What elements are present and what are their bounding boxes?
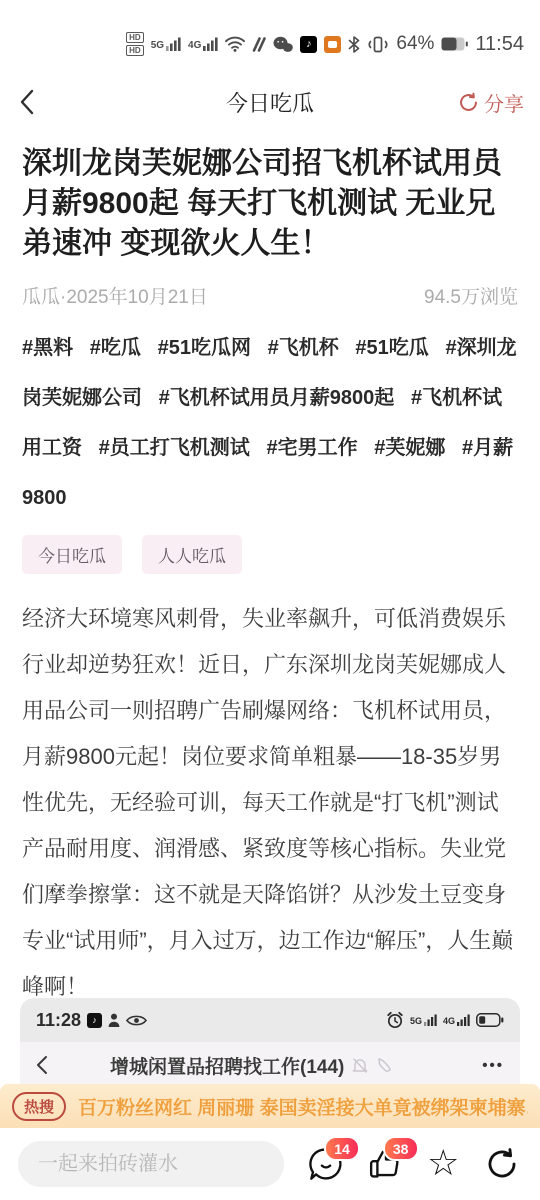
status-time: 11:54 — [475, 33, 524, 56]
hd-badges: HD HD — [126, 32, 144, 56]
article-meta: 瓜瓜·2025年10月21日 94.5万浏览 — [22, 282, 518, 309]
favorite-button[interactable]: ☆ — [423, 1142, 463, 1186]
orange-app-icon — [324, 36, 341, 53]
status-bar: HD HD 5G 4G ♪ 64% 11:54 — [0, 0, 540, 74]
phone-receiver-icon — [376, 1057, 392, 1073]
vibrate-icon — [367, 36, 389, 53]
eye-icon — [126, 1014, 147, 1027]
tag-chip[interactable]: 人人吃瓜 — [142, 535, 242, 574]
screenshot-status-bar: 11:28 ♪ 5G 4G — [20, 998, 520, 1042]
app-header: 今日吃瓜 分享 — [0, 74, 540, 130]
comment-input[interactable] — [18, 1141, 284, 1187]
orange-app-glyph — [328, 41, 337, 48]
wechat-icon — [273, 36, 293, 53]
author-date: 瓜瓜·2025年10月21日 — [22, 282, 208, 309]
article-title: 深圳龙岗芙妮娜公司招飞机杯试用员月薪9800起 每天打飞机测试 无业兄弟速冲 变… — [22, 144, 518, 264]
tiktok-icon: ♪ — [87, 1013, 102, 1028]
alarm-clock-icon — [386, 1011, 404, 1029]
signal-bars-icon — [424, 1014, 437, 1026]
music-note-glyph: ♪ — [306, 38, 312, 50]
wifi-icon — [225, 36, 245, 52]
person-icon — [108, 1013, 120, 1028]
bluetooth-icon — [348, 36, 360, 53]
screenshot-chat-header: 增城闲置品招聘找工作(144) ••• — [20, 1042, 520, 1088]
share-refresh-icon — [458, 92, 479, 113]
action-icons: 14 38 ☆ — [306, 1142, 522, 1186]
signal-bars-icon — [457, 1014, 470, 1026]
star-icon: ☆ — [427, 1146, 459, 1182]
like-count-badge: 38 — [383, 1136, 419, 1161]
comment-button[interactable]: 14 — [306, 1142, 346, 1186]
hd-icon: HD — [126, 32, 144, 43]
chat-menu-icon: ••• — [482, 1057, 504, 1074]
back-button[interactable] — [18, 88, 44, 116]
hot-search-badge: 热搜 — [12, 1092, 66, 1121]
signal-4g: 4G — [188, 37, 218, 51]
signal-5g: 5G — [410, 1014, 437, 1026]
signal-5g: 5G — [151, 37, 181, 51]
share-label: 分享 — [484, 88, 524, 117]
network-4g-label: 4G — [188, 41, 201, 51]
bottom-toolbar: 14 38 ☆ — [0, 1128, 540, 1200]
comment-count-badge: 14 — [324, 1136, 360, 1161]
tiktok-icon: ♪ — [300, 36, 317, 53]
battery-low-icon — [476, 1013, 504, 1027]
article-body: 经济大环境寒风刺骨，失业率飙升，可低消费娱乐行业却逆势狂欢！近日，广东深圳龙岗芙… — [22, 596, 518, 1010]
hd-icon: HD — [126, 45, 144, 56]
share-button[interactable]: 分享 — [458, 88, 524, 117]
chat-group-title: 增城闲置品招聘找工作(144) — [110, 1052, 344, 1079]
music-note-glyph: ♪ — [92, 1015, 97, 1025]
tag-chip[interactable]: 今日吃瓜 — [22, 535, 122, 574]
battery-icon — [441, 37, 468, 51]
tag-row: 今日吃瓜 人人吃瓜 — [22, 535, 518, 574]
network-4g-label: 4G — [443, 1017, 455, 1026]
hot-search-bar[interactable]: 热搜 百万粉丝网红 周丽珊 泰国卖淫接大单竟被绑架柬埔寨… — [0, 1084, 540, 1128]
page: HD HD 5G 4G ♪ 64% 11:54 今日吃瓜 分享 深 — [0, 0, 540, 1200]
page-title: 今日吃瓜 — [226, 87, 314, 118]
share-refresh-icon — [485, 1147, 519, 1181]
signal-bars-icon — [166, 37, 181, 51]
back-chevron-icon — [18, 88, 36, 116]
screenshot-time: 11:28 — [36, 1010, 81, 1031]
view-count: 94.5万浏览 — [424, 282, 518, 309]
signal-bars-icon — [203, 37, 218, 51]
hot-search-text: 百万粉丝网红 周丽珊 泰国卖淫接大单竟被绑架柬埔寨… — [78, 1093, 528, 1120]
hashtag-block[interactable]: #黑料 #吃瓜 #51吃瓜网 #飞机杯 #51吃瓜 #深圳龙岗芙妮娜公司 #飞机… — [22, 323, 518, 523]
signal-4g: 4G — [443, 1014, 470, 1026]
like-button[interactable]: 38 — [365, 1142, 405, 1186]
bell-muted-icon — [352, 1057, 368, 1074]
battery-percent: 64% — [396, 33, 434, 55]
network-5g-label: 5G — [151, 41, 164, 51]
network-5g-label: 5G — [410, 1017, 422, 1026]
share-bottom-button[interactable] — [482, 1142, 522, 1186]
vpn-slashes-icon — [252, 37, 266, 52]
back-chevron-icon — [36, 1055, 48, 1075]
